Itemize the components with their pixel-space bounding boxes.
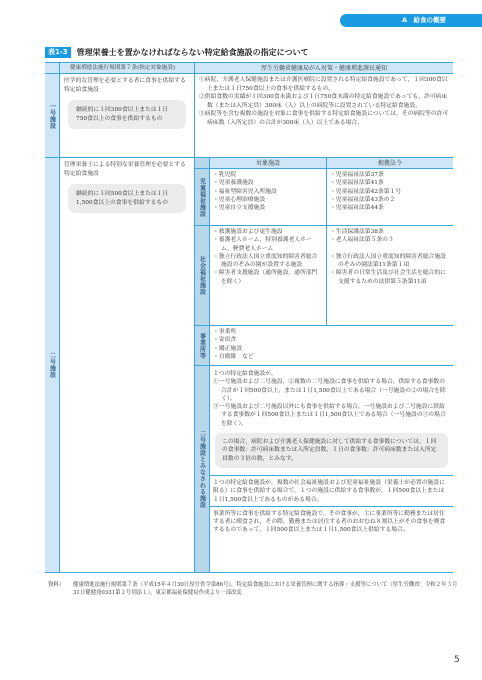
type1-notice: ①病院，介護老人保健施設または介護医療院に設置される特定給食施設であって，１回3… [195,74,453,157]
list-item: ①病院，介護老人保健施設または介護医療院に設置される特定給食施設であって，１回3… [199,76,449,93]
deemed-part2: １つの特定給食施設が，複数の社会福祉施設および児童福祉施設（栄養士が必置の施設に… [210,475,453,506]
table-title: 表1-3 管理栄養士を置かなければならない特定給食施設の指定について [45,46,309,58]
type2-bubble: 継続的に１回500食以上または１日1,500食以上の食事を供給するもの [68,184,186,213]
source-label: 資料） [48,581,73,597]
list-item: ・矯正施設 [213,345,450,353]
list-item: ・寄宿舎 [213,336,450,344]
list-item: ①一号施設および二号施設，②複数の二号施設に食事を供給する場合，供給する食事数の… [213,378,450,403]
list-item: ・独立行政法人国立重度知的障害者総合施設のぞみの園法第11条第１項 [330,253,450,270]
type1-description: 医学的な管理を必要とする者に食事を供給する特定給食施設 [64,77,190,94]
list-item: ・救護施設および更生施設 [213,228,323,236]
source-note: 資料） 健康増進法施行規則第７条（平成15年４月30日厚労省令第86号），特定給… [48,581,458,597]
list-item: ・独立行政法人国立重度知的障害者総合施設のぞみの園が設置する施設 [213,253,323,270]
deemed-content: １つの特定給食施設が， ①一号施設および二号施設，②複数の二号施設に食事を供給す… [210,366,453,572]
header-left: 健康増進法施行規則第７条(指定対象施設) [60,63,195,73]
list-item: ・児童心理治療施設 [213,196,323,204]
type1-bubble: 継続的に１回300食以上または１日750食以上の食事を供給するもの [68,100,186,129]
type1-criteria: 医学的な管理を必要とする者に食事を供給する特定給食施設 継続的に１回300食以上… [60,74,195,157]
list-item: ・乳児院 [213,171,323,179]
child-welfare-facilities: ・乳児院 ・児童養護施設 ・福祉型障害児入所施設 ・児童心理治療施設 ・児童自立… [210,169,327,225]
header-right: 厚生労働省健康局がん対策・健康増進課長通知 [195,63,453,73]
social-welfare-laws: ・生活保護法第38条 ・老人福祉法第５条の３ ・独立行政法人国立重度知的障害者総… [327,226,453,325]
list-item: ・児童福祉法第44条 [330,204,450,212]
list-item: ・児童自立支援施設 [213,204,323,212]
subheader-law: 根拠法令 [327,158,453,168]
source-text: 健康増進法施行規則第７条（平成15年４月30日厚労省令第86号），特定給食施設に… [73,581,458,597]
list-item: ・福祉型障害児入所施設 [213,188,323,196]
row-label-text: 一号施設 [48,103,57,129]
page-number: 5 [454,655,460,665]
deemed-bubble: この場合，病院および介護老人保健施設に対して供給する食事数については，１回の食事… [215,433,448,468]
sublabel-social-welfare: 社会福祉施設 [195,226,210,325]
list-item: ・老人福祉法第５条の３ [330,236,450,244]
header-spacer [45,63,60,73]
list-item: ・児童養護施設 [213,179,323,187]
list-item: ・児童福祉法第41条 [330,179,450,187]
list-item: ②供給食数の実績が１回300食未満および１日750食未満の特定給食施設であっても… [199,93,449,110]
sublabel-deemed: 二号施設とみなされる施設 [195,366,210,572]
type2-subtable: 対象施設 根拠法令 児童福祉施設 ・乳児院 ・児童養護施設 ・福祉型障害児入所施… [195,158,453,572]
list-item: ・障害者支援施設（通所施設，通所部門を除く） [213,269,323,286]
list-item: ③病院等を含む複数の施設を対象に食事を供給する特定給食施設については，その病院等… [199,110,449,127]
row-label-type1: 一号施設 [45,74,60,157]
table-header-row: 健康増進法施行規則第７条(指定対象施設) 厚生労働省健康局がん対策・健康増進課長… [45,62,453,73]
section-tab: A 給食の概要 [340,14,482,27]
type2-criteria: 管理栄養士による特別な栄養管理を必要とする特定給食施設 継続的に１回500食以上… [60,158,195,572]
facility-table: 健康増進法施行規則第７条(指定対象施設) 厚生労働省健康局がん対策・健康増進課長… [45,62,453,573]
type2-description: 管理栄養士による特別な栄養管理を必要とする特定給食施設 [64,161,190,178]
row-type1: 一号施設 医学的な管理を必要とする者に食事を供給する特定給食施設 継続的に１回3… [45,73,453,157]
deemed-part1: １つの特定給食施設が， ①一号施設および二号施設，②複数の二号施設に食事を供給す… [213,368,450,475]
sublabel-text: 社会福祉施設 [198,256,207,295]
list-item: ・事業所 [213,328,450,336]
list-item-spacer [330,245,450,253]
sublabel-workplaces: 事業所等 [195,326,210,365]
subheader-facility: 対象施設 [210,158,327,168]
subrow-child-welfare: 児童福祉施設 ・乳児院 ・児童養護施設 ・福祉型障害児入所施設 ・児童心理治療施… [195,169,453,226]
table-caption: 管理栄養士を置かなければならない特定給食施設の指定について [77,47,309,58]
deemed-intro: １つの特定給食施設が， [213,370,450,378]
list-item: ・児童福祉法第37条 [330,171,450,179]
list-item: ・児童福祉法第42条第１号 [330,188,450,196]
subrow-social-welfare: 社会福祉施設 ・救護施設および更生施設 ・養護老人ホーム，特別養護老人ホーム，軽… [195,226,453,326]
list-item: ③一号施設および二号施設以外にも食事を供給する場合，一号施設および二号施設に供給… [213,403,450,428]
workplaces-list: ・事業所 ・寄宿舎 ・矯正施設 ・自衛隊 など [210,326,453,365]
subrow-deemed: 二号施設とみなされる施設 １つの特定給食施設が， ①一号施設および二号施設，②複… [195,366,453,572]
list-item: ・生活保護法第38条 [330,228,450,236]
sublabel-child-welfare: 児童福祉施設 [195,169,210,225]
table-number: 表1-3 [45,47,71,58]
list-item: ・自衛隊 など [213,353,450,361]
sublabel-text: 児童福祉施設 [198,178,207,217]
social-welfare-facilities: ・救護施設および更生施設 ・養護老人ホーム，特別養護老人ホーム，軽費老人ホーム … [210,226,327,325]
child-welfare-laws: ・児童福祉法第37条 ・児童福祉法第41条 ・児童福祉法第42条第１号 ・児童福… [327,169,453,225]
subheader-spacer [195,158,210,168]
subtable-header: 対象施設 根拠法令 [195,158,453,169]
deemed-part3: 事業所等に食事を供給する特定給食施設で，その食事が，主に事業所等に勤務または居住… [210,506,453,537]
row-label-type2: 二号施設 [45,158,60,572]
row-label-text: 二号施設 [48,352,57,378]
sublabel-text: 二号施設とみなされる施設 [198,430,207,508]
list-item: ・養護老人ホーム，特別養護老人ホーム，軽費老人ホーム [213,236,323,253]
sublabel-text: 事業所等 [198,333,207,359]
row-type2: 二号施設 管理栄養士による特別な栄養管理を必要とする特定給食施設 継続的に１回5… [45,157,453,572]
list-item: ・障害者の日常生活及び社会生活を総合的に支援するための法律第５条第11項 [330,269,450,286]
list-item: ・児童福祉法第43条の２ [330,196,450,204]
subrow-workplaces: 事業所等 ・事業所 ・寄宿舎 ・矯正施設 ・自衛隊 など [195,326,453,366]
